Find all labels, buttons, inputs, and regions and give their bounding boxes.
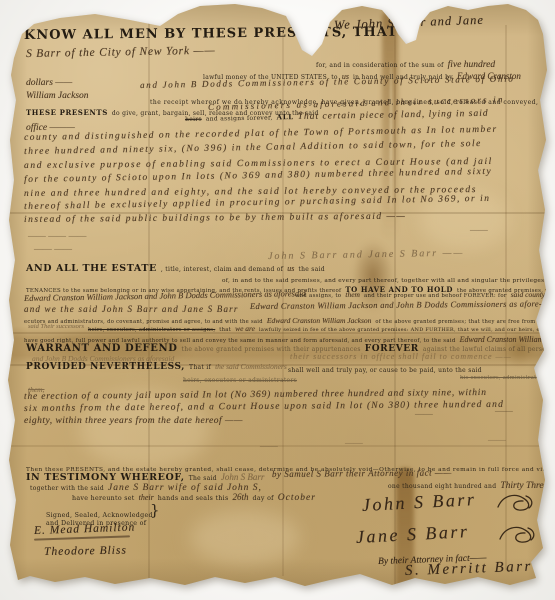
agent-signature: S. Merritt Barr xyxy=(405,558,533,580)
commissioners-line-2: William Jackson xyxy=(26,85,89,103)
flourish-dashes-2: —— xyxy=(470,220,488,238)
attestation-brace: } xyxy=(150,501,160,520)
parcel-line-7: instead of the said public buildings to … xyxy=(24,206,407,227)
flourish-dash-a: —— xyxy=(415,404,433,422)
grantors-script-line: We John S Barr and Jane xyxy=(334,11,484,34)
proviso-pay-line: shall well and truly pay, or cause to be… xyxy=(288,359,482,377)
grantor-signature-john: John S Barr xyxy=(361,489,476,516)
flourish-dash-e: —— xyxy=(488,430,506,448)
grantor-signature-jane: Jane S Barr xyxy=(355,521,469,548)
commissioners-line-1: and John B Dodds Commissioners of the Co… xyxy=(140,68,515,93)
grantors-city-line: S Barr of the City of New York —— xyxy=(26,41,216,62)
deed-text-layer: KNOW ALL MEN BY THESE PRESENTS, THAT We … xyxy=(0,0,555,600)
flourish-dashes-3: —— —— xyxy=(34,239,72,257)
jail-condition-line-3: eighty, within three years from the date… xyxy=(24,410,243,428)
seal-scribble-icon-1 xyxy=(496,492,536,519)
flourish-dash-c: —— xyxy=(260,436,278,454)
flourish-dash-d: —— xyxy=(345,433,363,451)
seal-scribble-icon-2 xyxy=(498,524,538,551)
deed-paper: KNOW ALL MEN BY THESE PRESENTS, THAT We … xyxy=(0,0,555,600)
flourish-dash-b: —— xyxy=(495,401,513,419)
hands-and-seals-line: have hereunto set their hands and seals … xyxy=(72,487,316,505)
scan-background: KNOW ALL MEN BY THESE PRESENTS, THAT We … xyxy=(0,0,555,600)
paper-shadow-wrap: KNOW ALL MEN BY THESE PRESENTS, THAT We … xyxy=(0,0,555,600)
witness-signature-2: Theodore Bliss xyxy=(44,541,127,560)
